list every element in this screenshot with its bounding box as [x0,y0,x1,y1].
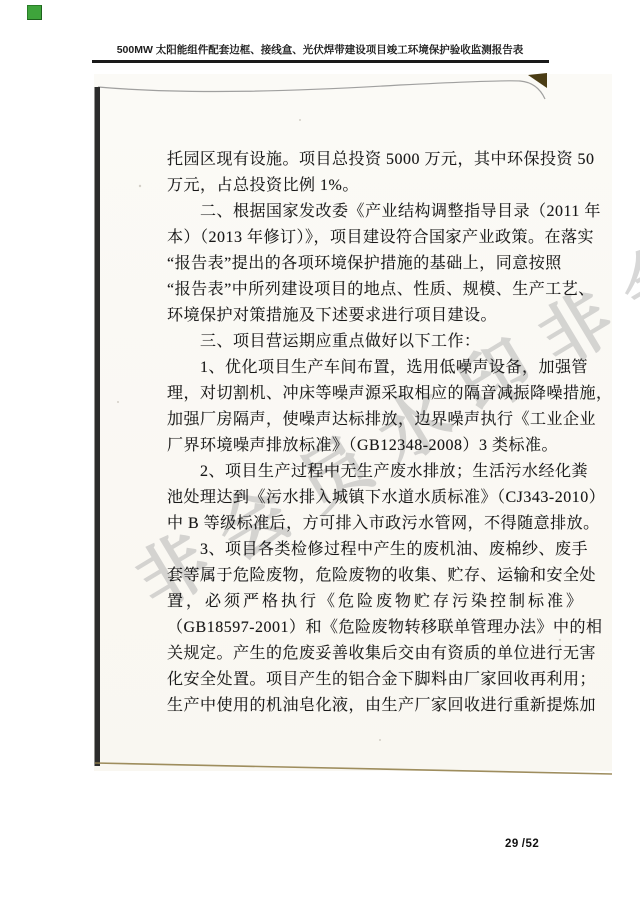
text-line: 环境保护对策措施及下述要求进行项目建设。 [167,303,543,329]
text-line: 置，必须严格执行《危险废物贮存污染控制标准》 [167,589,543,615]
text-line: 1、优化项目生产车间布置，选用低噪声设备，加强管 [167,355,543,381]
text-line: （GB18597-2001）和《危险废物转移联单管理办法》中的相 [167,615,543,641]
text-line: 化安全处置。项目产生的铝合金下脚料由厂家回收再利用； [167,667,543,693]
text-line: 中 B 等级标准后，方可排入市政污水管网，不得随意排放。 [167,511,543,537]
green-corner-mark [27,5,42,20]
text-line: “报告表”提出的各项环境保护措施的基础上，同意按照 [167,251,543,277]
text-line: 二、根据国家发改委《产业结构调整指导目录（2011 年 [167,199,543,225]
document-body: 托园区现有设施。项目总投资 5000 万元，其中环保投资 50万元，占总投资比例… [167,147,543,719]
text-line: 套等属于危险废物，危险废物的收集、贮存、运输和安全处 [167,563,543,589]
text-line: 生产中使用的机油皂化液，由生产厂家回收进行重新提炼加 [167,693,543,719]
text-line: 3、项目各类检修过程中产生的废机油、废棉纱、废手 [167,537,543,563]
header-divider [92,60,549,63]
document-page: 500MW 太阳能组件配套边框、接线盒、光伏焊带建设项目竣工环境保护验收监测报告… [0,0,640,905]
page-current: 29 [505,838,519,850]
text-line: 理，对切割机、冲床等噪声源采取相应的隔音减振降噪措施， [167,381,543,407]
text-line: 万元，占总投资比例 1%。 [167,173,543,199]
text-line: 加强厂房隔声，使噪声达标排放，边界噪声执行《工业企业 [167,407,543,433]
text-line: 厂界环境噪声排放标准》（GB12348-2008）3 类标准。 [167,433,543,459]
text-line: 本）（2013 年修订）》，项目建设符合国家产业政策。在落实 [167,225,543,251]
page-number: 29/52 [505,838,542,850]
text-line: 池处理达到《污水排入城镇下水道水质标准》（CJ343-2010） [167,485,543,511]
text-line: 托园区现有设施。项目总投资 5000 万元，其中环保投资 50 [167,147,543,173]
report-header-title: 500MW 太阳能组件配套边框、接线盒、光伏焊带建设项目竣工环境保护验收监测报告… [90,42,550,57]
text-line: “报告表”中所列建设项目的地点、性质、规模、生产工艺、 [167,277,543,303]
text-line: 三、项目营运期应重点做好以下工作： [167,329,543,355]
text-line: 2、项目生产过程中无生产废水排放；生活污水经化粪 [167,459,543,485]
text-line: 关规定。产生的危废妥善收集后交由有资质的单位进行无害 [167,641,543,667]
page-total: /52 [522,838,540,850]
